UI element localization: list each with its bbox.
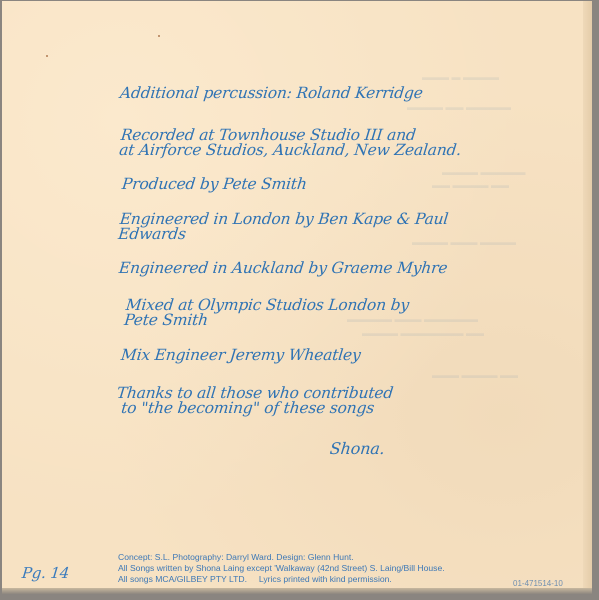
show-through-text: ▬▬▬▬ ▬▬▬▬▬ [442,166,526,179]
signature: Shona. [329,441,385,456]
show-through-text: ▬▬ ▬▬▬▬ ▬▬ [432,179,509,192]
page-bottom-edge [2,588,592,594]
credit-percussion: Additional percussion: Roland Kerridge [119,86,423,101]
credit-recorded: Recorded at Townhouse Studio III and at … [118,128,463,158]
paper-speck [46,55,48,57]
fine-print: Concept: S.L. Photography: Darryl Ward. … [118,552,445,585]
credit-line: Produced by Pete Smith [121,177,307,192]
show-through-text: ▬▬▬▬ ▬▬ ▬▬▬▬▬ [407,101,511,114]
credit-engineered-auckland: Engineered in Auckland by Graeme Myhre [118,261,448,276]
credit-produced: Produced by Pete Smith [121,177,307,192]
fine-print-line: All songs MCA/GILBEY PTY LTD. Lyrics pri… [118,574,445,585]
credit-line: Edwards [117,227,447,242]
credit-mixed: Mixed at Olympic Studios London by Pete … [123,298,409,328]
paper-speck [158,35,160,37]
page-edge [583,1,592,594]
show-through-text: ▬▬▬ ▬ ▬▬▬▬ [422,71,499,84]
thanks-note: Thanks to all those who contributed to "… [114,386,393,416]
credit-line: Pete Smith [123,313,408,328]
fine-print-line: Concept: S.L. Photography: Darryl Ward. … [118,552,445,563]
credit-line: to "the becoming" of these songs [114,401,392,416]
credit-line: at Airforce Studios, Auckland, New Zeala… [118,143,461,158]
page-number: Pg. 14 [21,566,70,581]
fine-print-line: All Songs written by Shona Laing except … [118,563,445,574]
credit-line: Mix Engineer Jeremy Wheatley [120,348,361,363]
booklet-page: ▬▬▬ ▬ ▬▬▬▬ ▬▬▬▬ ▬▬ ▬▬▬▬▬ ▬▬▬▬ ▬▬▬▬▬ ▬▬ ▬… [2,1,592,594]
credit-engineered-london: Engineered in London by Ben Kape & Paul … [117,212,448,242]
show-through-text: ▬▬▬▬ ▬▬▬▬▬▬▬ ▬▬ [362,327,484,340]
credit-mix-engineer: Mix Engineer Jeremy Wheatley [120,348,361,363]
credit-line: Additional percussion: Roland Kerridge [119,86,423,101]
show-through-text: ▬▬▬ ▬▬▬▬ ▬▬ [432,369,518,382]
credit-line: Engineered in Auckland by Graeme Myhre [118,261,448,276]
